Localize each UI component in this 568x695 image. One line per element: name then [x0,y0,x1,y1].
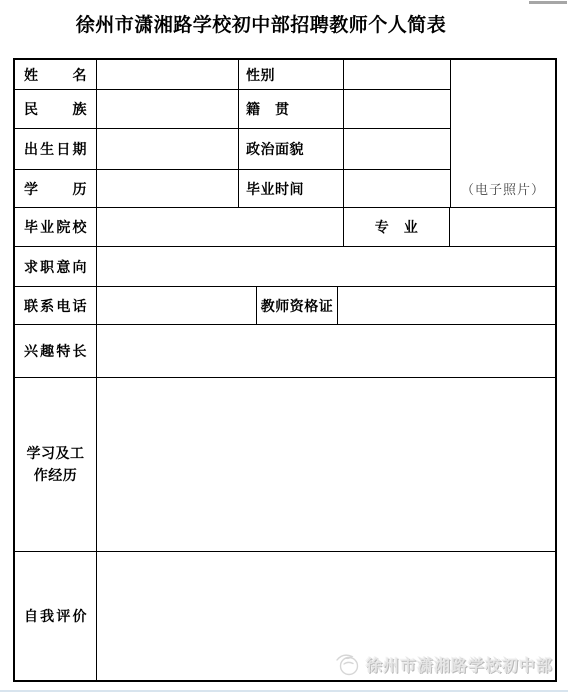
row-school-major: 毕业院校 专 业 [15,208,555,247]
ethnicity-label: 民 族 [15,90,97,128]
interests-input-cell[interactable] [97,325,555,377]
photo-placeholder-cell[interactable]: （电子照片） [451,60,555,207]
row-education-graduation-time: 学 历 毕业时间 [15,170,450,207]
row-birthdate-political: 出生日期 政治面貌 [15,129,450,170]
interests-label: 兴趣特长 [15,325,97,377]
watermark-text: 徐州市潇湘路学校初中部 [366,653,553,676]
education-label: 学 历 [15,170,97,207]
native-place-label: 籍 贯 [239,90,344,128]
birth-date-label: 出生日期 [15,129,97,169]
resume-form-table: 姓 名 性别 民 族 籍 贯 出生日期 政治面貌 学 历 毕业时间 [13,58,557,682]
gender-label: 性别 [239,60,344,89]
political-status-label: 政治面貌 [239,129,344,169]
scrollbar-fragment[interactable] [529,1,567,4]
self-evaluation-input-cell[interactable]: 徐州市潇湘路学校初中部 [97,552,555,680]
ethnicity-input-cell[interactable] [97,90,239,128]
major-label: 专 业 [344,208,450,246]
graduation-school-input-cell[interactable] [97,208,344,246]
graduation-time-label: 毕业时间 [239,170,344,207]
row-phone-certificate: 联系电话 教师资格证 [15,287,555,325]
school-watermark: 徐州市潇湘路学校初中部 [335,651,553,677]
teacher-certificate-input-cell[interactable] [338,287,555,324]
teacher-certificate-label: 教师资格证 [257,287,338,324]
personal-info-section: 姓 名 性别 民 族 籍 贯 出生日期 政治面貌 学 历 毕业时间 [15,60,555,208]
birth-date-input-cell[interactable] [97,129,239,169]
name-input-cell[interactable] [97,60,239,89]
major-input-cell[interactable] [450,208,555,246]
row-name-gender: 姓 名 性别 [15,60,450,90]
gender-input-cell[interactable] [344,60,450,89]
native-place-input-cell[interactable] [344,90,450,128]
row-job-intention: 求职意向 [15,247,555,287]
political-status-input-cell[interactable] [344,129,450,169]
row-self-evaluation: 自我评价 徐州市潇湘路学校初中部 [15,552,555,680]
page-title: 徐州市潇湘路学校初中部招聘教师个人简表 [0,10,522,37]
experience-label: 学习及工 作经历 [15,378,97,551]
row-interests: 兴趣特长 [15,325,555,378]
school-logo-icon [335,651,361,677]
row-ethnicity-native-place: 民 族 籍 贯 [15,90,450,129]
education-input-cell[interactable] [97,170,239,207]
self-evaluation-label: 自我评价 [15,552,97,680]
experience-input-cell[interactable] [97,378,555,551]
job-intention-input-cell[interactable] [97,247,555,286]
job-intention-label: 求职意向 [15,247,97,286]
contact-phone-input-cell[interactable] [97,287,257,324]
graduation-school-label: 毕业院校 [15,208,97,246]
row-experience: 学习及工 作经历 [15,378,555,552]
graduation-time-input-cell[interactable] [344,170,450,207]
contact-phone-label: 联系电话 [15,287,97,324]
personal-info-grid: 姓 名 性别 民 族 籍 贯 出生日期 政治面貌 学 历 毕业时间 [15,60,451,207]
name-label: 姓 名 [15,60,97,89]
page-bottom-rule [0,690,568,692]
